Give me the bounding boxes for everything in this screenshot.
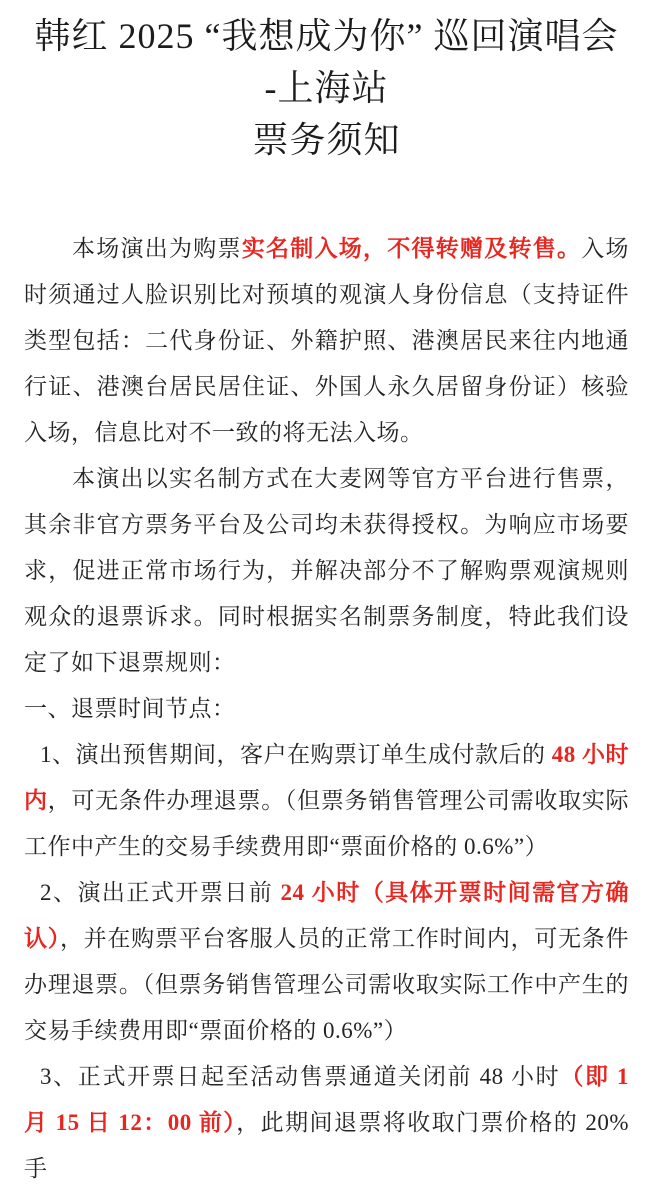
text-segment: ，并在购票平台客服人员的正常工作时间内，可无条件办理退票。（但票务销售管理公司需… [24, 926, 629, 1043]
document-body: 本场演出为购票实名制入场，不得转赠及转售。入场时须通过人脸识别比对预填的观演人身… [0, 226, 653, 1191]
paragraph-realname-entry: 本场演出为购票实名制入场，不得转赠及转售。入场时须通过人脸识别比对预填的观演人身… [24, 226, 629, 456]
document-title: 韩红 2025 “我想成为你” 巡回演唱会 -上海站 票务须知 [0, 0, 653, 166]
text-segment: 入场时须通过人脸识别比对预填的观演人身份信息（支持证件类型包括：二代身份证、外籍… [24, 236, 629, 445]
text-segment: 2、演出正式开票日前 [40, 880, 281, 905]
text-segment: 一、退票时间节点： [24, 696, 236, 721]
text-segment: ，可无条件办理退票。（但票务销售管理公司需收取实际工作中产生的交易手续费用即“票… [24, 788, 629, 859]
paragraph-refund-rule-3: 3、正式开票日起至活动售票通道关闭前 48 小时（即 1 月 15 日 12：0… [24, 1054, 629, 1191]
text-segment: 本演出以实名制方式在大麦网等官方平台进行售票，其余非官方票务平台及公司均未获得授… [24, 466, 629, 675]
title-line-1: 韩红 2025 “我想成为你” 巡回演唱会 [0, 10, 653, 62]
title-line-3: 票务须知 [0, 114, 653, 166]
text-segment: 本场演出为购票 [72, 236, 242, 261]
paragraph-refund-rule-2: 2、演出正式开票日前 24 小时（具体开票时间需官方确认），并在购票平台客服人员… [24, 870, 629, 1054]
paragraph-refund-rule-1: 1、演出预售期间，客户在购票订单生成付款后的 48 小时内，可无条件办理退票。（… [24, 732, 629, 870]
paragraph-refund-section-heading: 一、退票时间节点： [24, 686, 629, 732]
title-line-2: -上海站 [0, 62, 653, 114]
text-segment: 1、演出预售期间，客户在购票订单生成付款后的 [40, 742, 552, 767]
ticket-notice-document: 韩红 2025 “我想成为你” 巡回演唱会 -上海站 票务须知 本场演出为购票实… [0, 0, 653, 1191]
paragraph-official-platform: 本演出以实名制方式在大麦网等官方平台进行售票，其余非官方票务平台及公司均未获得授… [24, 456, 629, 686]
text-segment: 3、正式开票日起至活动售票通道关闭前 48 小时 [40, 1064, 560, 1089]
highlight-red-segment: 实名制入场，不得转赠及转售。 [242, 236, 582, 261]
